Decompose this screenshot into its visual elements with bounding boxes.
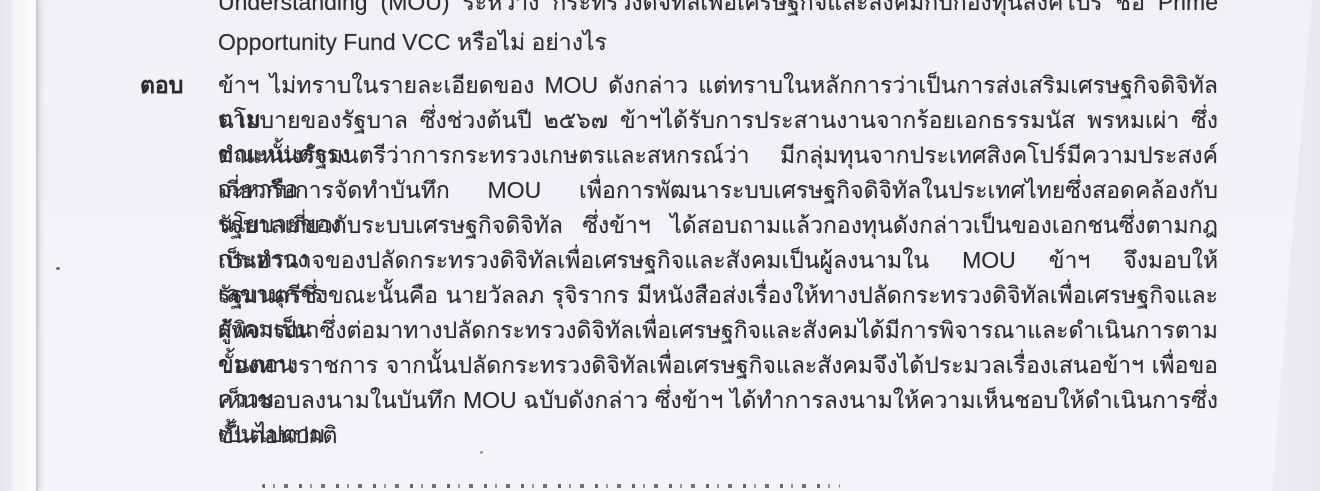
left-page-edge [0,0,38,491]
scanned-document-page: { "colors": { "paper": "#f1f3f6", "ink":… [0,0,1320,491]
cutoff-next-line-fragment [262,484,840,490]
question-line-2: Opportunity Fund VCC หรือไม่ อย่างไร [218,25,1218,59]
answer-label: ตอบ [140,68,183,102]
answer-line: ขั้นตอนปกติ [218,418,1218,452]
ink-speck [480,451,483,454]
glyph-tops-pattern [262,484,840,488]
ink-speck [56,267,60,270]
question-line-1: Understanding (MOU) ระหว่าง กระทรวงดิจิท… [218,0,1218,19]
right-page-edge [1268,0,1320,491]
